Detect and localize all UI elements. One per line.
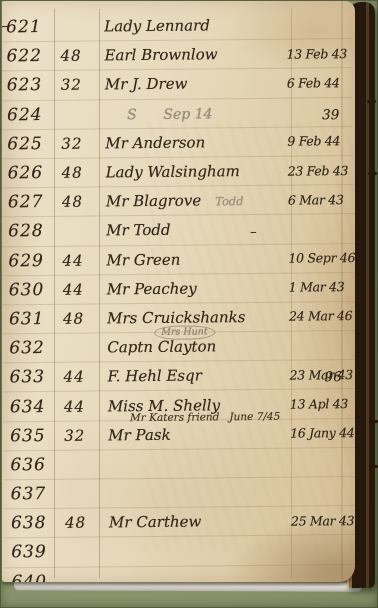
name-cell: Mr J. Drew xyxy=(97,74,289,94)
name-cell xyxy=(101,550,293,552)
ledger-table: —621Lady Lennard62248Earl Brownlow13 Feb… xyxy=(2,10,355,582)
date-cell xyxy=(288,228,352,229)
date-value: 10 Sepr 46 xyxy=(288,250,355,266)
table-row: 62648Lady Walsingham23 Feb 43 xyxy=(2,156,354,189)
entry-number: 627 xyxy=(8,192,44,212)
table-row: 62944Mr Green10 Sepr 46 xyxy=(2,243,355,276)
page-edge-strip xyxy=(14,581,362,592)
table-row: 63344F. Hehl Esqr9623 Mar 43 xyxy=(2,360,355,393)
date-cell: 10 Sepr 46 xyxy=(288,250,352,266)
name-cell xyxy=(100,463,292,465)
page-edge-tick xyxy=(369,465,378,468)
age-cell: 48 xyxy=(51,47,96,65)
entry-number-cell: 634 xyxy=(3,396,55,416)
entry-number-cell: 628 xyxy=(2,221,53,241)
interlinear-annotation: Mr Katers friend June 7/45 xyxy=(130,409,355,424)
entry-number: 625 xyxy=(7,134,43,154)
table-row: 639 xyxy=(4,535,355,568)
name-cell xyxy=(102,579,294,581)
circled-pencil-annotation: Mrs Hunt xyxy=(154,325,215,340)
pencil-note: S Sep 14 xyxy=(127,106,213,123)
entry-number-cell: 623 xyxy=(2,75,52,95)
entry-number-cell: 632 xyxy=(2,338,54,358)
entry-number: 639 xyxy=(11,542,47,562)
table-row: 63444Miss M. ShellyMr Katers friend June… xyxy=(3,389,355,422)
age-value: 48 xyxy=(65,514,86,532)
entry-number-cell: 636 xyxy=(3,455,55,475)
page-edge-tick xyxy=(367,100,376,103)
date-cell xyxy=(291,549,355,550)
date-cell: 25 Mar 43 xyxy=(291,513,355,529)
date-cell xyxy=(291,491,355,492)
entry-number-cell: 629 xyxy=(2,250,54,270)
name-cell: Mr Todd– xyxy=(98,220,290,240)
age-value: 48 xyxy=(62,193,83,211)
entry-number: 622 xyxy=(6,46,42,66)
table-row: 628Mr Todd– xyxy=(2,214,354,247)
date-value: 9 Feb 44 xyxy=(287,133,340,149)
name-cell xyxy=(101,492,293,494)
age-cell: 32 xyxy=(55,426,100,444)
entry-number: 640 xyxy=(11,572,47,582)
date-value: 13 Feb 43 xyxy=(286,46,347,62)
table-row: 63148Mrs CruickshanksMrs Hunt24 Mar 46 xyxy=(2,302,355,335)
name-cell: Mr Anderson xyxy=(97,132,289,152)
date-value: 23 Mar 43 xyxy=(290,367,353,383)
name-cell: Lady Lennard xyxy=(96,16,288,36)
page-edge-tick xyxy=(368,172,377,175)
name-cell: Mr Carthew xyxy=(101,512,293,532)
entry-number-cell: 624 xyxy=(2,105,52,125)
date-cell: 6 Mar 43 xyxy=(288,192,352,208)
entry-number: 631 xyxy=(9,309,45,329)
age-cell: 44 xyxy=(55,368,100,386)
date-cell: 6 Feb 44 xyxy=(287,75,351,91)
name-cell: Mrs CruickshanksMrs Hunt xyxy=(99,308,291,328)
name-text: Earl Brownlow xyxy=(104,46,217,65)
name-text: Mr Blagrove xyxy=(106,192,201,211)
entry-number-cell: 626 xyxy=(2,163,53,183)
age-cell: 32 xyxy=(52,76,97,94)
page-edge-tick xyxy=(369,420,378,423)
mid-column-value: 39 xyxy=(322,107,339,123)
age-value: 44 xyxy=(64,368,85,386)
entry-number: 623 xyxy=(7,75,43,95)
scanned-ledger-photo: —621Lady Lennard62248Earl Brownlow13 Feb… xyxy=(0,0,378,608)
age-cell: 48 xyxy=(54,309,99,327)
dash-mark: – xyxy=(250,225,257,240)
name-text: Captn Clayton xyxy=(107,337,216,356)
entry-number: 632 xyxy=(9,338,45,358)
entry-number: 630 xyxy=(9,280,45,300)
entry-number-cell: 622 xyxy=(2,46,52,66)
entry-number: 635 xyxy=(10,426,46,446)
entry-number-cell: 639 xyxy=(4,542,56,562)
date-value: 24 Mar 46 xyxy=(289,308,352,324)
table-row: 63848Mr Carthew25 Mar 43 xyxy=(4,506,355,539)
name-text: Mr Carthew xyxy=(109,513,201,532)
date-cell: 23 Mar 43 xyxy=(290,367,354,383)
name-text: F. Hehl Esqr xyxy=(108,367,202,386)
date-cell: 13 Feb 43 xyxy=(286,46,350,62)
age-cell: 32 xyxy=(52,134,97,152)
date-cell xyxy=(292,579,355,580)
age-value: 48 xyxy=(62,164,83,182)
name-cell: Captn Clayton xyxy=(99,337,291,357)
name-text: Mr Green xyxy=(106,250,180,269)
date-cell xyxy=(286,24,350,25)
name-cell: S Sep 1439 xyxy=(97,103,289,123)
date-value: 25 Mar 43 xyxy=(291,513,354,529)
age-value: 32 xyxy=(64,426,85,444)
date-cell: 9 Feb 44 xyxy=(287,133,351,149)
entry-number: 633 xyxy=(10,367,46,387)
date-value: 1 Mar 43 xyxy=(289,279,345,295)
name-cell: Mr BlagroveTodd xyxy=(98,191,290,211)
name-cell: Mr Green xyxy=(98,249,290,269)
name-cell: Earl Brownlow xyxy=(96,45,288,65)
entry-number: 637 xyxy=(11,484,47,504)
age-cell: 48 xyxy=(53,163,98,181)
age-cell: 44 xyxy=(53,251,98,269)
table-row: 62748Mr BlagroveTodd6 Mar 43 xyxy=(2,185,354,218)
entry-number-cell: 635 xyxy=(3,426,55,446)
entry-number: 629 xyxy=(8,251,44,271)
entry-number: 636 xyxy=(10,455,46,475)
table-row: 62332Mr J. Drew6 Feb 44 xyxy=(2,68,353,101)
name-text: Mr Pask xyxy=(108,425,171,444)
date-cell: 1 Mar 43 xyxy=(289,279,353,295)
name-text: Mr Todd xyxy=(106,221,171,240)
table-row: 624S Sep 1439 xyxy=(2,98,353,131)
entry-number-cell: 637 xyxy=(4,484,56,504)
entry-number-cell: —621 xyxy=(2,17,51,37)
age-cell: 48 xyxy=(53,193,98,211)
table-row: —621Lady Lennard xyxy=(2,10,352,43)
entry-number-cell: 638 xyxy=(4,513,56,533)
table-row: 640 xyxy=(4,565,355,582)
entry-number-cell: 627 xyxy=(2,192,53,212)
name-text: Mr Peachey xyxy=(107,279,197,298)
age-cell: 44 xyxy=(55,397,100,415)
name-text: Mr J. Drew xyxy=(105,75,188,94)
date-cell: 16 Jany 44 xyxy=(290,425,354,441)
age-value: 44 xyxy=(63,280,84,298)
table-row: 62248Earl Brownlow13 Feb 43 xyxy=(2,39,353,72)
date-cell: 24 Mar 46 xyxy=(289,308,353,324)
name-text: Mr Anderson xyxy=(105,133,205,152)
pencil-note: Todd xyxy=(215,194,244,208)
date-value: 16 Jany 44 xyxy=(290,425,354,441)
age-cell: 44 xyxy=(54,280,99,298)
entry-number-cell: 631 xyxy=(2,309,54,329)
name-text: Mrs Cruickshanks xyxy=(107,308,246,327)
entry-number: 628 xyxy=(8,221,44,241)
name-cell: Miss M. ShellyMr Katers friend June 7/45 xyxy=(100,395,292,415)
table-row: 636 xyxy=(3,448,355,481)
lead-dash-mark: — xyxy=(2,18,11,34)
age-value: 44 xyxy=(64,397,85,415)
name-cell: F. Hehl Esqr96 xyxy=(100,366,292,386)
age-value: 44 xyxy=(62,251,83,269)
date-cell: 23 Feb 43 xyxy=(288,163,352,179)
entry-number: 634 xyxy=(10,397,46,417)
entry-number: 626 xyxy=(8,163,44,183)
table-row: 62532Mr Anderson9 Feb 44 xyxy=(2,127,354,160)
date-cell xyxy=(287,112,351,113)
ledger-page: —621Lady Lennard62248Earl Brownlow13 Feb… xyxy=(2,1,355,582)
entry-number: 638 xyxy=(11,513,47,533)
entry-number-cell: 633 xyxy=(3,367,55,387)
date-cell xyxy=(289,345,353,346)
table-row: 637 xyxy=(4,477,355,510)
date-value: 23 Feb 43 xyxy=(288,163,349,179)
date-value: 6 Mar 43 xyxy=(288,192,344,208)
entry-number-cell: 625 xyxy=(2,134,52,154)
name-cell: Lady Walsingham xyxy=(98,162,290,182)
entry-number-cell: 630 xyxy=(2,280,54,300)
age-value: 48 xyxy=(63,310,84,328)
age-value: 32 xyxy=(61,76,82,94)
name-cell: Mr Peachey xyxy=(99,278,291,298)
name-text: Lady Lennard xyxy=(104,16,210,35)
age-value: 32 xyxy=(61,134,82,152)
name-cell: Mr Pask xyxy=(100,424,292,444)
entry-number-cell: 640 xyxy=(4,572,56,582)
date-value: 6 Feb 44 xyxy=(287,75,340,91)
name-text: Lady Walsingham xyxy=(106,162,240,181)
age-cell: 48 xyxy=(56,514,101,532)
age-value: 48 xyxy=(60,47,81,65)
date-cell xyxy=(290,462,354,463)
entry-number: 624 xyxy=(7,105,43,125)
entry-number: 621 xyxy=(6,17,42,37)
table-row: 63044Mr Peachey1 Mar 43 xyxy=(2,273,355,306)
table-row: 63532Mr Pask16 Jany 44 xyxy=(3,419,355,452)
